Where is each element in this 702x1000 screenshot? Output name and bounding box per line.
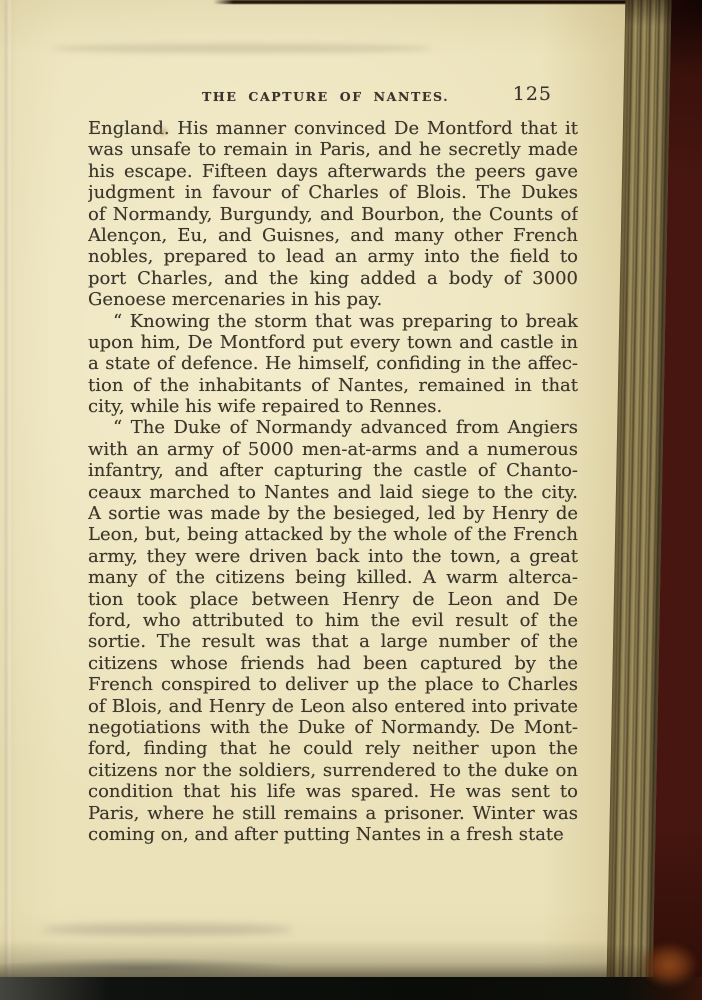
text-line: sortie. The result was that a large numb… [88, 631, 578, 652]
scan-artifact-smudge-top [52, 44, 432, 53]
scanned-book-photo: THE CAPTURE OF NANTES. 125 England. His … [0, 0, 702, 1000]
text-line: citizens whose friends had been captured… [88, 653, 578, 674]
page-header: THE CAPTURE OF NANTES. 125 [88, 86, 578, 110]
book-page: THE CAPTURE OF NANTES. 125 England. His … [0, 0, 636, 977]
text-line: tion took place between Henry de Leon an… [88, 589, 578, 610]
text-line: condition that his life was spared. He w… [88, 781, 578, 802]
running-title: THE CAPTURE OF NANTES. [202, 89, 449, 104]
text-line: his escape. Fifteen days afterwards the … [88, 161, 578, 182]
scan-artifact-speck [158, 128, 167, 135]
text-line: tion of the inhabitants of Nantes, remai… [88, 375, 578, 396]
body-text: England. His manner convinced De Montfor… [88, 118, 578, 845]
text-line: ceaux marched to Nantes and laid siege t… [88, 482, 578, 503]
text-line: citizens nor the soldiers, surrendered t… [88, 760, 578, 781]
text-line: a state of defence. He himself, confidin… [88, 353, 578, 374]
text-line: city, while his wife repaired to Rennes. [88, 396, 578, 417]
text-line: coming on, and after putting Nantes in a… [88, 824, 578, 845]
text-line: ford, finding that he could rely neither… [88, 738, 578, 759]
text-line: infantry, and after capturing the castle… [88, 460, 578, 481]
text-line: of Normandy, Burgundy, and Bourbon, the … [88, 204, 578, 225]
text-line: ford, who attributed to him the evil res… [88, 610, 578, 631]
bottom-shadow-band [0, 977, 702, 1000]
cover-gap-line [213, 0, 645, 4]
text-line: nobles, prepared to lead an army into th… [88, 246, 578, 267]
text-line: “ Knowing the storm that was preparing t… [88, 311, 578, 332]
text-line: was unsafe to remain in Paris, and he se… [88, 139, 578, 160]
page-crease [5, 0, 13, 977]
text-line: French conspired to deliver up the place… [88, 674, 578, 695]
text-line: Genoese mercenaries in his pay. [88, 289, 578, 310]
text-line: Alençon, Eu, and Guisnes, and many other… [88, 225, 578, 246]
text-line: negotiations with the Duke of Normandy. … [88, 717, 578, 738]
page-number: 125 [513, 83, 552, 105]
text-line: with an army of 5000 men-at-arms and a n… [88, 439, 578, 460]
text-line: Leon, but, being attacked by the whole o… [88, 524, 578, 545]
text-line: “ The Duke of Normandy advanced from Ang… [88, 417, 578, 438]
text-line: upon him, De Montford put every town and… [88, 332, 578, 353]
text-line: army, they were driven back into the tow… [88, 546, 578, 567]
page-bottom-shadow [0, 940, 636, 977]
text-line: Paris, where he still remains a prisoner… [88, 803, 578, 824]
text-line: judgment in favour of Charles of Blois. … [88, 182, 578, 203]
text-line: many of the citizens being killed. A war… [88, 567, 578, 588]
cover-corner-rust [640, 942, 698, 988]
text-line: port Charles, and the king added a body … [88, 268, 578, 289]
text-line: A sortie was made by the besieged, led b… [88, 503, 578, 524]
scan-artifact-smudge-bottom [42, 924, 292, 935]
text-line: of Blois, and Henry de Leon also entered… [88, 696, 578, 717]
